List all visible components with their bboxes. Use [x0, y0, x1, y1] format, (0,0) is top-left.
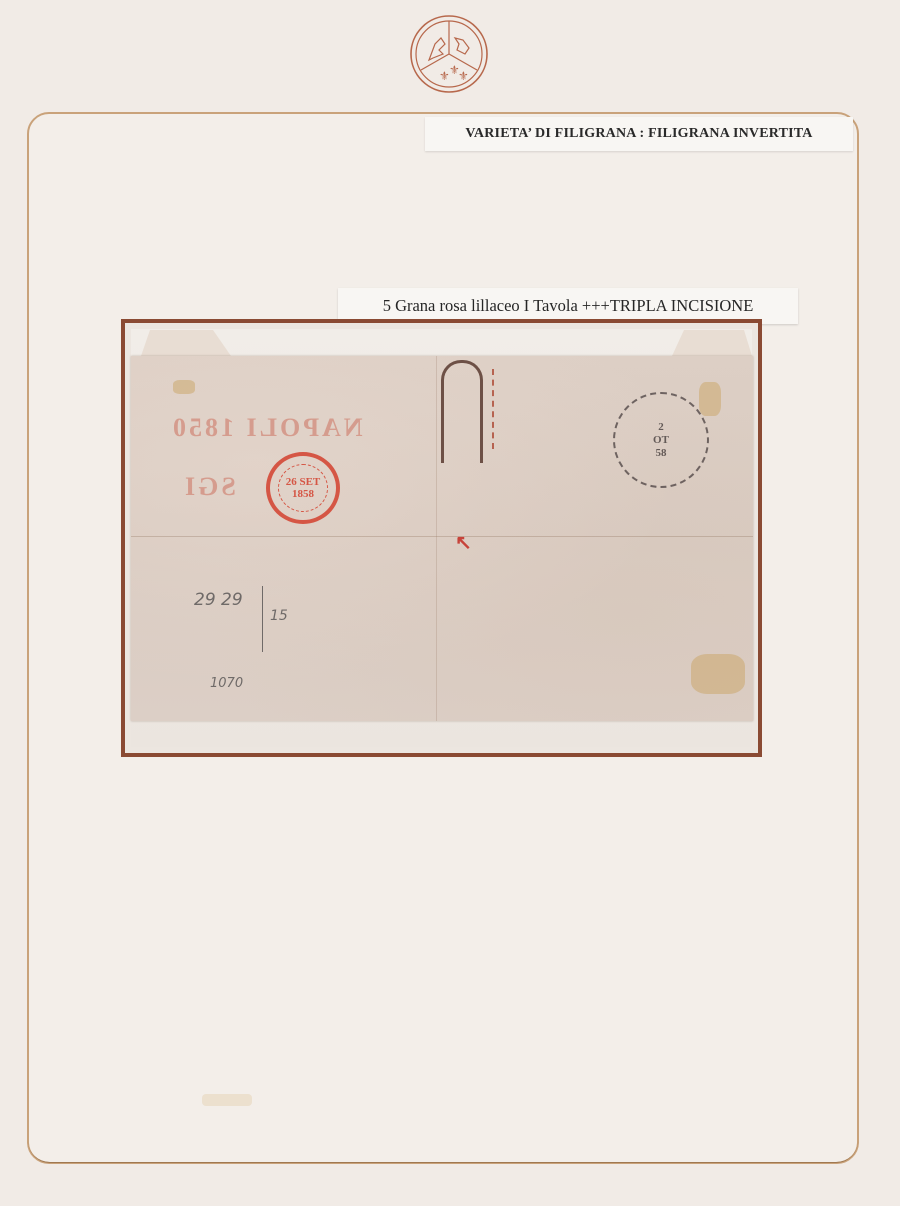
toning-stain	[173, 380, 195, 394]
pencil-note-number: 1070	[210, 676, 243, 691]
page-heading: VARIETA’ DI FILIGRANA : FILIGRANA INVERT…	[465, 126, 812, 142]
pencil-note-fraction: 15	[270, 608, 288, 624]
toning-stain	[699, 382, 721, 416]
red-oval-postmark: 26 SET 1858	[266, 452, 340, 524]
red-manuscript-mark: ↖	[455, 530, 472, 555]
toning-stain	[691, 654, 745, 694]
red-oval-postmark-year: 1858	[292, 488, 314, 500]
page-footer-mark	[202, 1094, 252, 1106]
black-circular-postmark: 2 OT 58	[613, 392, 709, 488]
cover-flap-top-right	[672, 330, 752, 356]
black-postmark-line2: OT	[653, 434, 669, 447]
cover-vertical-fold	[436, 356, 437, 721]
page-heading-label: VARIETA’ DI FILIGRANA : FILIGRANA INVERT…	[425, 117, 853, 151]
red-straight-line-postmark-line1: NAPOLI 1850	[170, 413, 363, 443]
pencil-note-reference: 29 29	[194, 590, 243, 610]
pencil-divider	[262, 586, 263, 652]
black-postmark-line3: 58	[656, 447, 667, 460]
red-oval-postmark-date: 26 SET	[286, 476, 321, 488]
manuscript-ink-arc	[441, 360, 483, 463]
svg-text:⚜: ⚜	[458, 69, 469, 83]
black-postmark-line1: 2	[658, 421, 664, 434]
red-oval-postmark-inner: 26 SET 1858	[278, 464, 328, 512]
cover-caption: 5 Grana rosa lillaceo I Tavola +++TRIPLA…	[383, 296, 754, 316]
trinacria-emblem-icon: ⚜ ⚜ ⚜	[409, 14, 489, 94]
red-straight-line-postmark-line2: SGI	[182, 472, 236, 502]
